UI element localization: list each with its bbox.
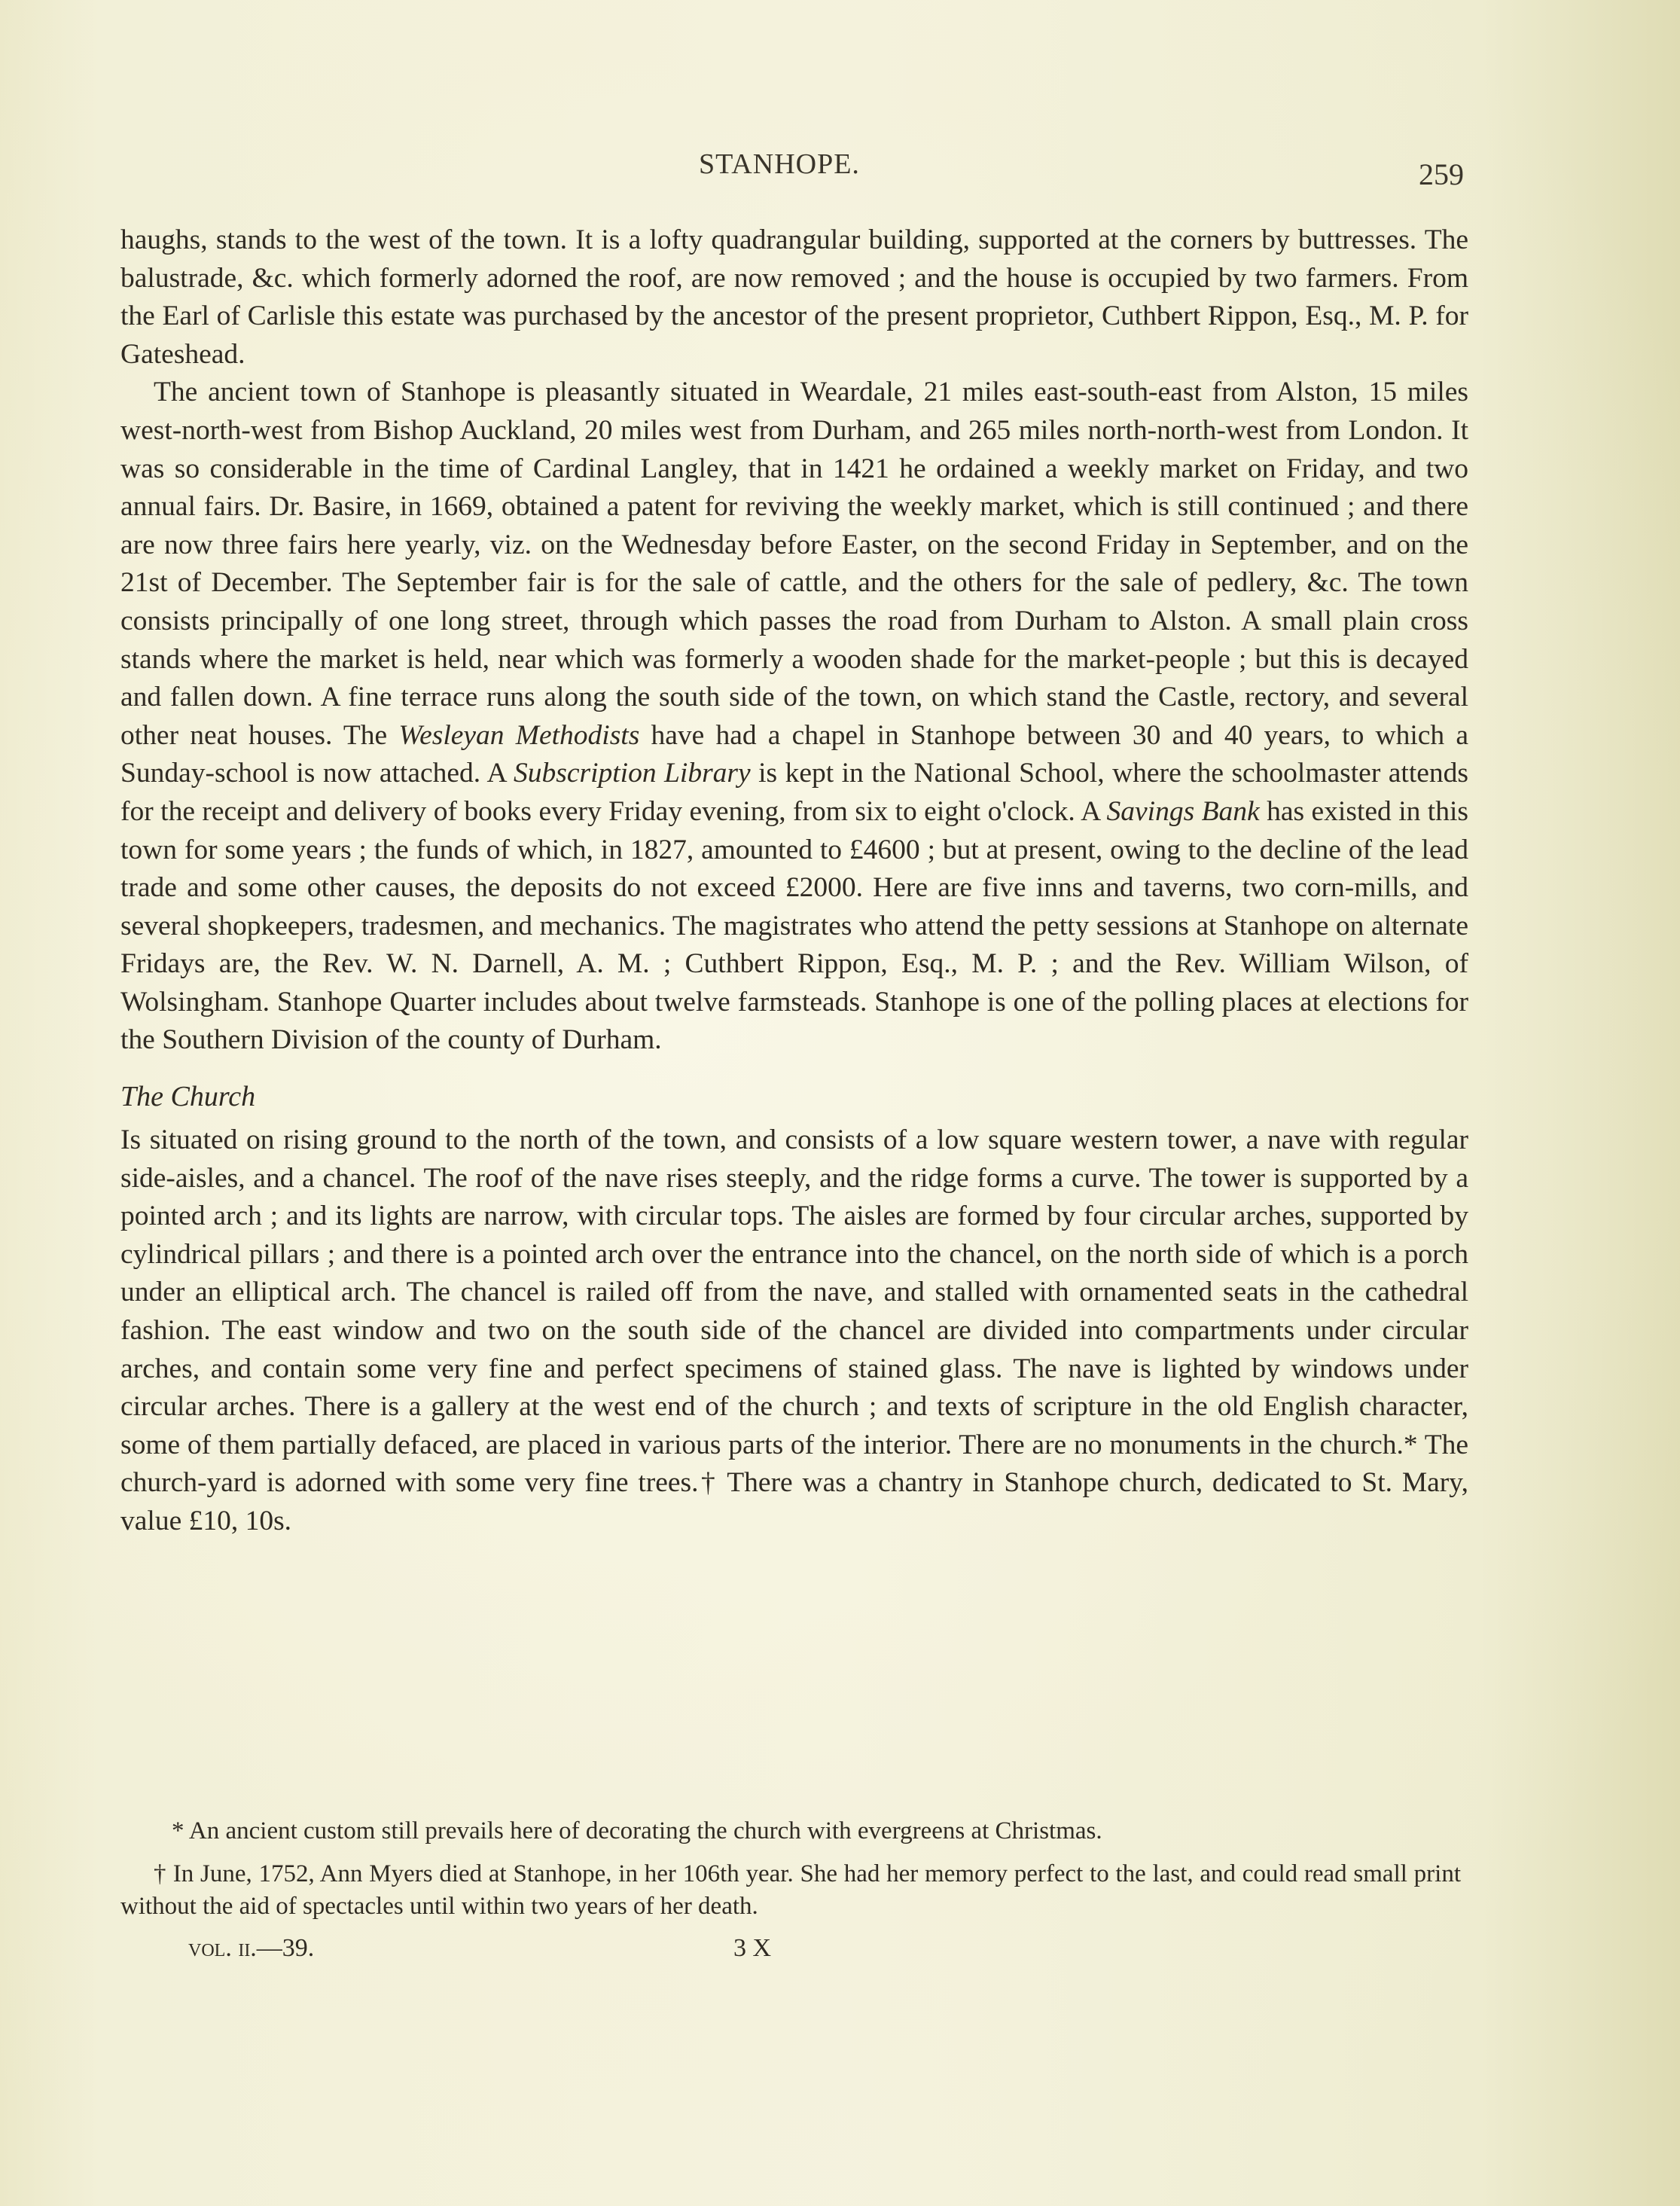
- page-number: 259: [1419, 157, 1464, 192]
- text-segment: The ancient town of Stanhope is pleasant…: [120, 377, 1468, 750]
- text-segment: has existed in this town for some years …: [120, 796, 1468, 1056]
- paragraph-continuation: haughs, stands to the west of the town. …: [120, 221, 1468, 374]
- text-segment: haughs, stands to the west of the town. …: [120, 224, 1468, 370]
- running-head: STANHOPE. 259: [0, 148, 1680, 193]
- paragraph-church-description: Is situated on rising ground to the nort…: [120, 1121, 1468, 1541]
- volume-marker: vol. ii.—39.: [188, 1934, 314, 1963]
- running-head-title: STANHOPE.: [699, 148, 860, 181]
- footnotes: * An ancient custom still prevails here …: [120, 1815, 1461, 1923]
- body-text: haughs, stands to the west of the town. …: [120, 221, 1468, 1541]
- footnote-dagger: † In June, 1752, Ann Myers died at Stanh…: [120, 1858, 1461, 1923]
- paragraph-town-description: The ancient town of Stanhope is pleasant…: [120, 374, 1468, 1060]
- italic-term-savings-bank: Savings Bank: [1107, 796, 1260, 827]
- signature-line: vol. ii.—39. 3 X: [188, 1934, 941, 1972]
- italic-term-wesleyan-methodists: Wesleyan Methodists: [398, 720, 639, 751]
- section-heading-church: The Church: [120, 1078, 1468, 1115]
- footnote-asterisk: * An ancient custom still prevails here …: [120, 1815, 1461, 1847]
- italic-term-subscription-library: Subscription Library: [514, 758, 751, 789]
- signature-mark: 3 X: [733, 1934, 771, 1963]
- book-page: STANHOPE. 259 haughs, stands to the west…: [0, 0, 1680, 2206]
